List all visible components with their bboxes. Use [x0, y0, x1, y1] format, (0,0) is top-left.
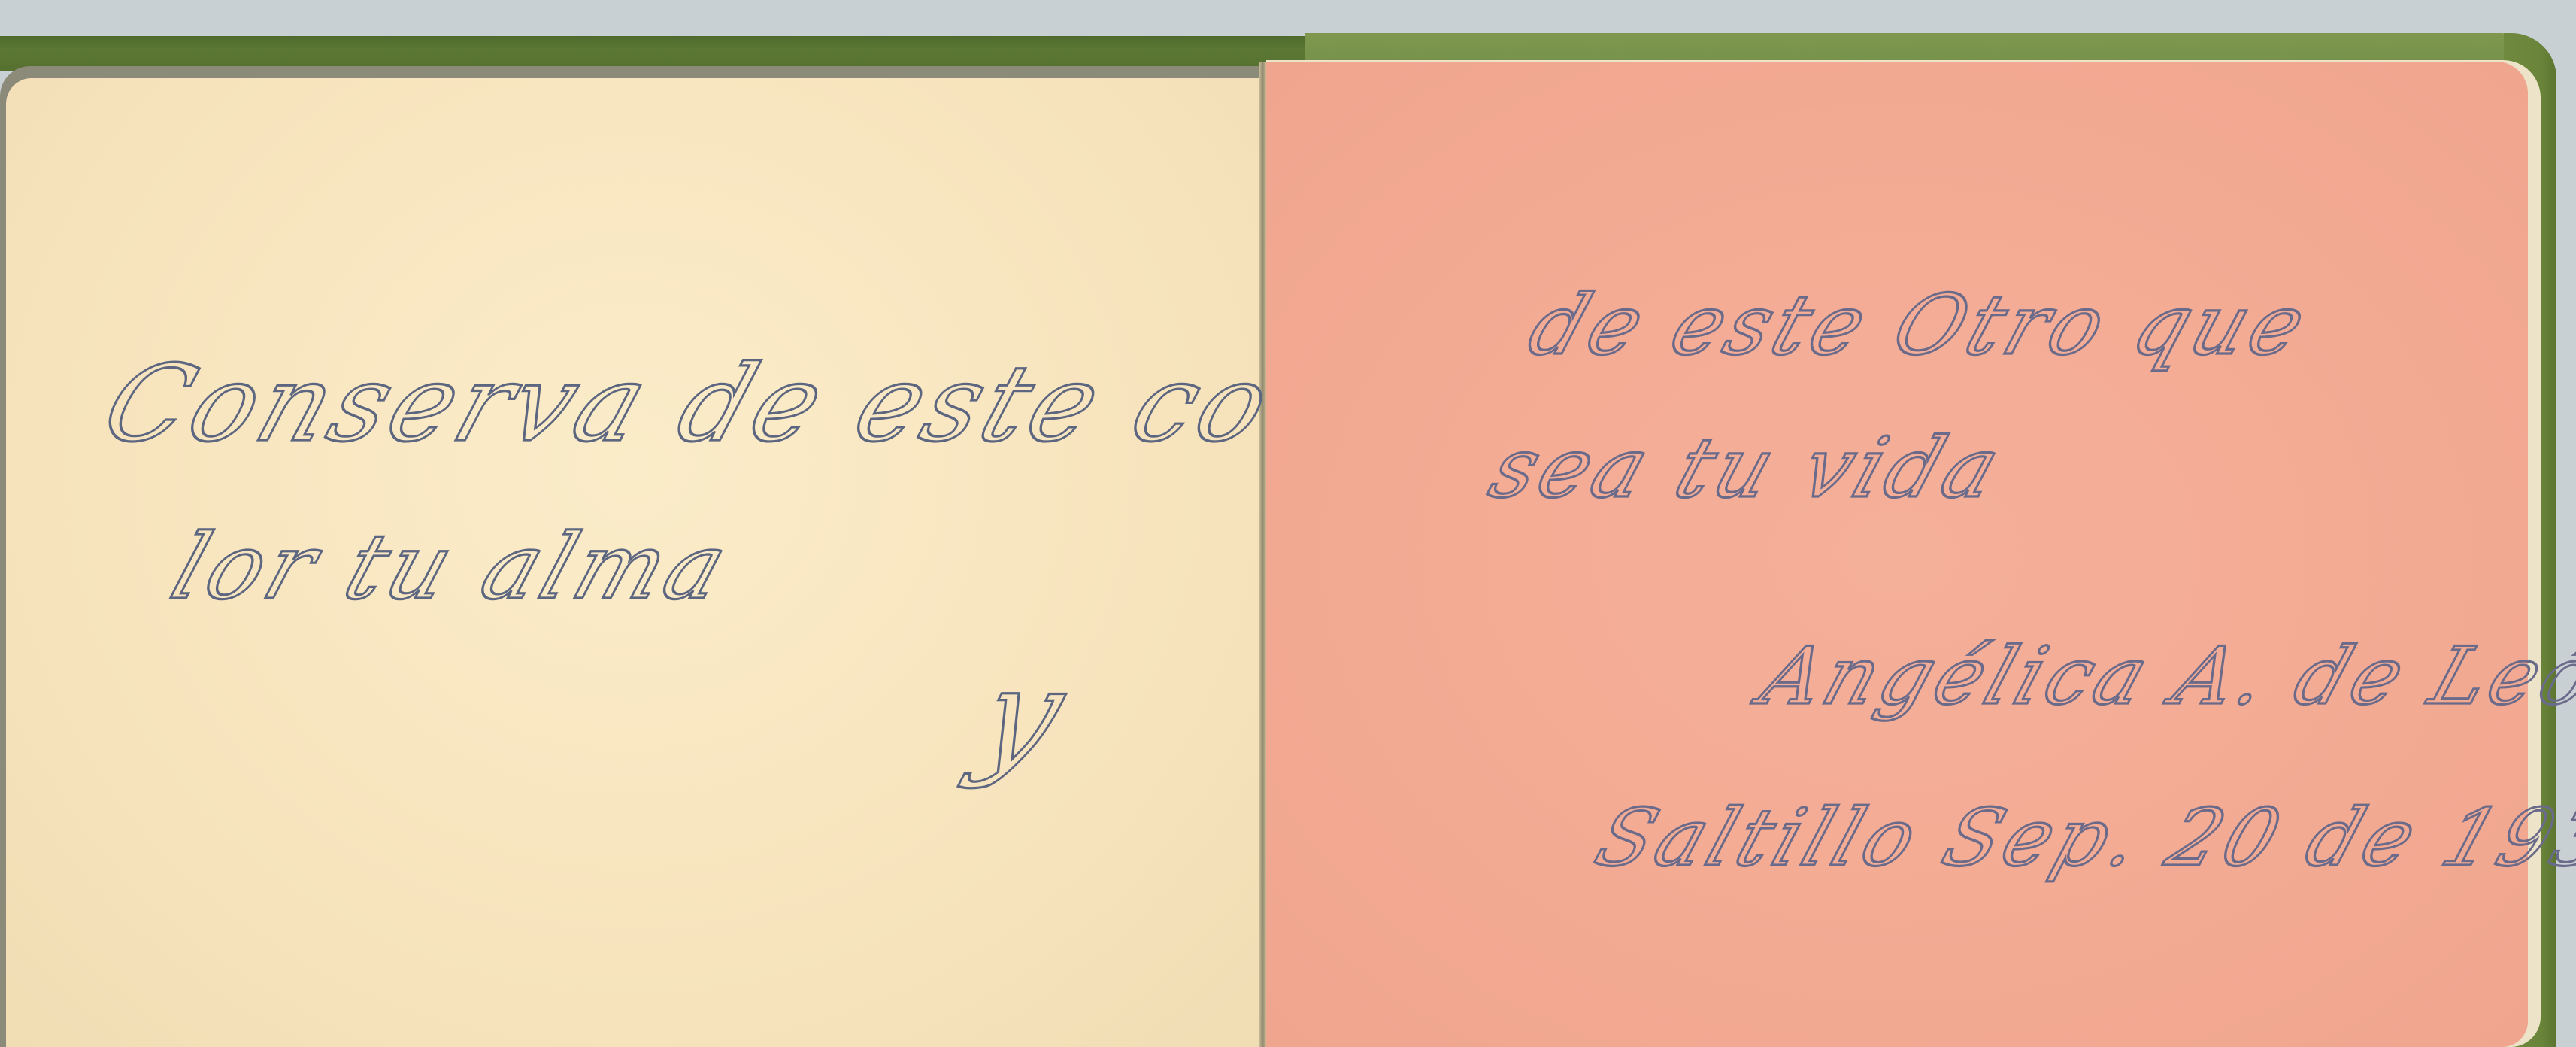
- left-line-1: Conserva de este co: [89, 342, 1289, 465]
- right-line-1: de este Otro que: [1518, 277, 2322, 374]
- signature: Angélica A. de León: [1744, 631, 2576, 723]
- place-date: Saltillo Sep. 20 de 1938: [1585, 793, 2576, 885]
- left-line-2: lor tu alma: [159, 515, 743, 620]
- handwriting-layer: Conserva de este co lor tu alma y de est…: [0, 0, 2576, 1047]
- right-line-2: sea tu vida: [1479, 420, 2015, 517]
- left-line-3: y: [956, 642, 1086, 791]
